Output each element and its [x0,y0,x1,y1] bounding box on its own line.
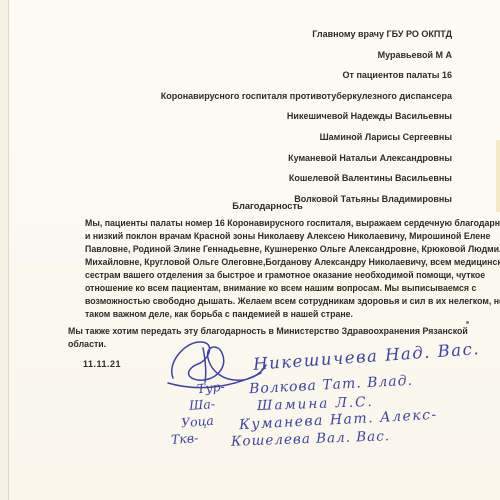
scan-yellow-streak [496,140,500,212]
scan-left-edge [0,0,9,500]
body-line: возможностью свободно дышать. Желаем все… [85,295,500,308]
letter-addressee-block: Главному врачу ГБУ РО ОКПТД Муравьевой М… [161,24,452,209]
scan-speck [466,321,469,324]
signature-scribble: Ша- [189,396,216,413]
addressee-line: От пациентов палаты 16 [161,65,452,86]
body-line: Павловне, Родиной Элине Геннадьевне, Куш… [85,243,500,256]
signature-scribble: Уоца [180,413,214,431]
addressee-line: Муравьевой М А [161,45,452,66]
body-line: и низкий поклон врачам Красной зоны Нико… [85,230,500,243]
body-line: таком важном деле, как борьба с пандемие… [85,308,500,321]
addressee-line: Коронавирусного госпиталя противотуберку… [161,86,452,107]
body-line: Михайловне, Кругловой Ольге Олеговне,Бог… [85,256,500,269]
addressee-line: Главному врачу ГБУ РО ОКПТД [161,24,452,45]
addressee-line: Куманевой Натальи Александровны [161,148,452,169]
addressee-line: Шаминой Ларисы Сергеевны [161,127,452,148]
signature-scribble: Ткв- [171,430,199,447]
body-line: сестрам вашего отделения за быстрое и гр… [85,269,500,282]
signature-scribble: Тур- [196,379,225,397]
closing-line: Мы также хотим передать эту благодарност… [68,325,468,338]
scanned-letter-page: Главному врачу ГБУ РО ОКПТД Муравьевой М… [0,0,500,500]
letter-body: Мы, пациенты палаты номер 16 Коронавирус… [85,217,500,321]
letter-date: 11.11.21 [83,359,121,369]
body-line: Мы, пациенты палаты номер 16 Коронавирус… [85,217,500,230]
signature-name: Волкова Тат. Влад. [249,373,414,398]
addressee-line: Кошелевой Валентины Васильевны [161,168,452,189]
body-line: отношение ко всем пациентам, внимание ко… [85,282,500,295]
addressee-line: Никешичевой Надежды Васильевны [161,106,452,127]
letter-title: Благодарность [85,201,450,211]
